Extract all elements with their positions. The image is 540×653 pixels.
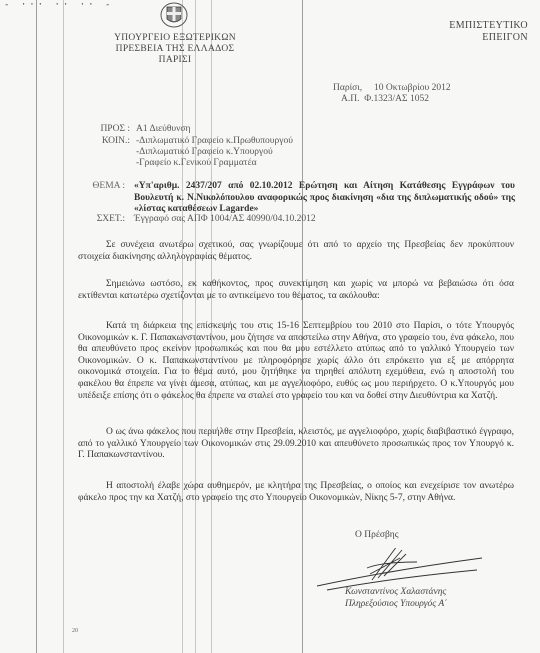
protocol-number: Α.Π. Φ.1323/ΑΣ 1052 [333,94,451,105]
subject-text: «Υπ'αριθμ. 2437/207 από 02.10.2012 Ερώτη… [134,181,515,216]
body-paragraph: Κατά τη διάρκεια της επίσκεψής του στις … [78,321,514,402]
classification-block: ΕΜΠΙΣΤΕΥΤΙΚΟ ΕΠΕΙΓΟΝ [449,20,528,44]
embassy-city: ΠΑΡΙΣΙ [95,55,255,66]
greek-coat-of-arms-icon [159,2,189,28]
subject-label: ΘΕΜΑ : [75,181,125,193]
place-date: Παρίσι, 10 Οκτωβρίου 2012 [333,83,451,94]
ministry-name: ΥΠΟΥΡΓΕΙΟ ΕΞΩΤΕΡΙΚΩΝ [95,33,255,44]
cc-value: -Διπλωματικό Γραφείο κ.Πρωθυπουργού [136,136,293,147]
cc-label: ΚΟΙΝ.: [88,136,130,147]
to-value: Α1 Διεύθυνση [136,124,190,135]
body-paragraph: Ο ως άνω φάκελος που περιήλθε στην Πρεσβ… [78,427,514,462]
body-paragraph: Σε συνέχεια ανωτέρω σχετικού, σας γνωρίζ… [78,240,514,263]
classification-confidential: ΕΜΠΙΣΤΕΥΤΙΚΟ [449,20,528,32]
scanned-document-page: - ··· ·· ·· - ΥΠΟΥΡΓΕΙΟ ΕΞΩΤΕΡΙΚΩΝ ΠΡΕΣΒ… [0,0,540,653]
embassy-name: ΠΡΕΣΒΕΙΑ ΤΗΣ ΕΛΛΑΔΟΣ [95,44,255,55]
page-number: 20 [72,628,78,634]
scan-artifact-dots: - ··· ·· ·· - [4,0,113,10]
to-label: ΠΡΟΣ : [88,124,130,135]
signer-position: Πληρεξούσιος Υπουργός Α΄ [345,598,447,610]
cc-value: -Διπλωματικό Γραφείο κ.Υπουργού [88,147,293,158]
ministry-letterhead: ΥΠΟΥΡΓΕΙΟ ΕΞΩΤΕΡΙΚΩΝ ΠΡΕΣΒΕΙΑ ΤΗΣ ΕΛΛΑΔΟ… [95,33,255,66]
recipient-cc: ΚΟΙΝ.:-Διπλωματικό Γραφείο κ.Πρωθυπουργο… [88,136,293,169]
body-paragraph: Σημειώνω ωστόσο, εκ καθήκοντος, προς συν… [78,279,514,302]
scan-artifact-line [63,0,64,653]
reference-block: ΣΧΕΤ.:Έγγραφό σας ΑΠΦ 1004/ΑΣ 40990/04.1… [75,214,316,224]
scan-artifact-line [36,0,37,653]
subject-block: ΘΕΜΑ : «Υπ'αριθμ. 2437/207 από 02.10.201… [75,181,515,216]
signer-name: Κωνσταντίνος Χαλαστάνης [345,586,447,598]
reference-text: Έγγραφό σας ΑΠΦ 1004/ΑΣ 40990/04.10.2012 [134,214,316,224]
signer-title: Ο Πρέσβης [355,530,399,540]
date-block: Παρίσι, 10 Οκτωβρίου 2012 Α.Π. Φ.1323/ΑΣ… [333,83,451,105]
cc-value: -Γραφείο κ.Γενικού Γραμματέα [88,158,293,169]
classification-urgent: ΕΠΕΙΓΟΝ [449,32,528,44]
reference-label: ΣΧΕΤ.: [75,214,125,224]
signer-block: Κωνσταντίνος Χαλαστάνης Πληρεξούσιος Υπο… [345,586,447,610]
body-paragraph: Η αποστολή έλαβε χώρα αυθημερόν, με κλητ… [78,481,514,504]
recipient-to: ΠΡΟΣ :Α1 Διεύθυνση [88,124,190,135]
